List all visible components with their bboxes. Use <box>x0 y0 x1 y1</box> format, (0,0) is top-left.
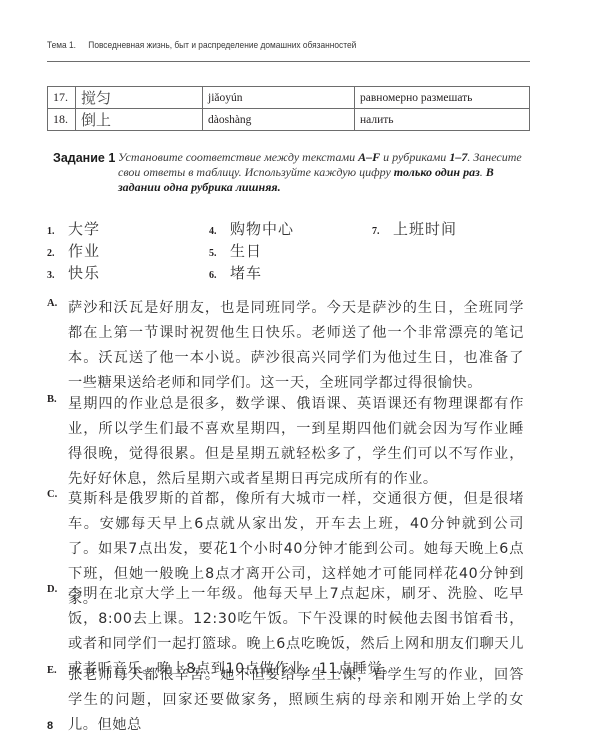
running-head: Тема 1.Повседневная жизнь, быт и распред… <box>47 40 356 51</box>
table-row: 17. 搅匀 jiǎoyún равномерно размешать <box>48 87 530 109</box>
text-body: 张老师每天都很辛苦。她不但要给学生上课，看学生写的作业，回答学生的问题，回家还要… <box>68 663 524 738</box>
text-letter: B. <box>47 394 57 405</box>
topic-number: Тема 1. <box>47 40 76 51</box>
text-body: 星期四的作业总是很多，数学课、俄语课、英语课还有物理课都有作业，所以学生们最不喜… <box>68 392 524 492</box>
task-instructions: Установите соответствие между текстами A… <box>118 150 526 195</box>
pinyin-cell: dàoshàng <box>203 109 355 131</box>
rubric-number: 3. <box>47 270 68 281</box>
rubric-text: 大学 <box>68 218 100 239</box>
rubric-number: 6. <box>209 270 230 281</box>
text-letter: E. <box>47 665 57 676</box>
rubric-number: 5. <box>209 248 230 259</box>
text-letter: C. <box>47 489 57 500</box>
rubric-item: 7.上班时间 <box>372 218 457 239</box>
row-number: 18. <box>48 109 76 131</box>
rubric-text: 生日 <box>230 240 262 261</box>
rubric-item: 2.作业 <box>47 240 100 261</box>
pinyin-cell: jiǎoyún <box>203 87 355 109</box>
instruction-bold: только один раз <box>394 165 480 179</box>
rubric-text: 快乐 <box>68 262 100 283</box>
instruction-bold: A–F <box>358 150 380 164</box>
rubric-number: 4. <box>209 226 230 237</box>
rubric-item: 6.堵车 <box>209 262 262 283</box>
hanzi-cell: 倒上 <box>76 109 203 131</box>
text-letter: D. <box>47 584 57 595</box>
rubric-number: 7. <box>372 226 393 237</box>
table-row: 18. 倒上 dàoshàng налить <box>48 109 530 131</box>
rubric-text: 堵车 <box>230 262 262 283</box>
page-number: 8 <box>47 720 53 732</box>
row-number: 17. <box>48 87 76 109</box>
translation-cell: равномерно размешать <box>355 87 530 109</box>
header-divider <box>47 61 530 62</box>
rubric-item: 5.生日 <box>209 240 262 261</box>
task-label: Задание 1 <box>53 151 115 165</box>
rubric-list: 1.大学 2.作业 3.快乐 4.购物中心 5.生日 6.堵车 7.上班时间 <box>47 218 527 288</box>
instruction-text: и рубриками <box>380 150 449 164</box>
topic-title: Повседневная жизнь, быт и распределение … <box>88 40 356 51</box>
rubric-number: 1. <box>47 226 68 237</box>
vocabulary-table: 17. 搅匀 jiǎoyún равномерно размешать 18. … <box>47 86 530 131</box>
text-letter: A. <box>47 298 57 309</box>
rubric-text: 上班时间 <box>393 218 457 239</box>
rubric-item: 4.购物中心 <box>209 218 294 239</box>
hanzi-cell: 搅匀 <box>76 87 203 109</box>
rubric-number: 2. <box>47 248 68 259</box>
rubric-text: 作业 <box>68 240 100 261</box>
instruction-text: Установите соответствие между текстами <box>118 150 358 164</box>
text-body: 萨沙和沃瓦是好朋友，也是同班同学。今天是萨沙的生日，全班同学都在上第一节课时祝贺… <box>68 296 524 396</box>
translation-cell: налить <box>355 109 530 131</box>
rubric-item: 1.大学 <box>47 218 100 239</box>
rubric-item: 3.快乐 <box>47 262 100 283</box>
rubric-text: 购物中心 <box>230 218 294 239</box>
instruction-bold: 1–7 <box>449 150 467 164</box>
